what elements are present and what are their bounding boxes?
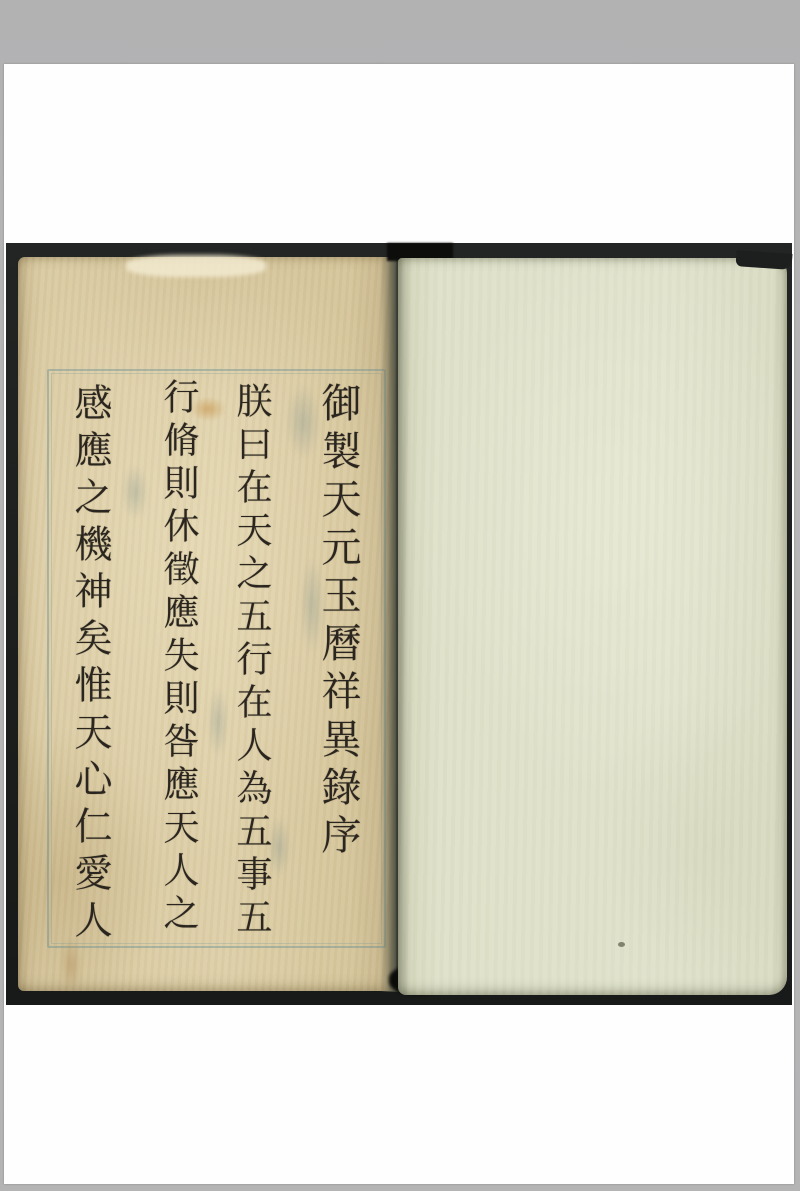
- bleed-through-mark: [286, 385, 320, 459]
- calligraphy-column-3: 行脩則休徵應失則咎應天人之: [161, 378, 197, 937]
- bleed-through-mark: [208, 687, 228, 757]
- calligraphy-column-4: 感應之機神矣惟天心仁愛人: [70, 383, 108, 947]
- scan-viewer: 御製天元玉曆祥異錄序 朕曰在天之五行在人為五事五 行脩則休徵應失則咎應天人之 感…: [0, 0, 800, 1191]
- bleed-through-mark: [122, 465, 148, 519]
- scan-sheet: 御製天元玉曆祥異錄序 朕曰在天之五行在人為五事五 行脩則休徵應失則咎應天人之 感…: [4, 64, 794, 1184]
- paper-repair-patch: [126, 255, 266, 277]
- right-page-blank: [398, 258, 787, 995]
- calligraphy-column-title: 御製天元玉曆祥異錄序: [318, 382, 358, 862]
- left-page: 御製天元玉曆祥異錄序 朕曰在天之五行在人為五事五 行脩則休徵應失則咎應天人之 感…: [18, 257, 396, 991]
- calligraphy-column-2: 朕曰在天之五行在人為五事五: [234, 382, 270, 941]
- paper-texture: [398, 258, 787, 995]
- book-photo: 御製天元玉曆祥異錄序 朕曰在天之五行在人為五事五 行脩則休徵應失則咎應天人之 感…: [6, 243, 792, 1005]
- paper-fleck: [618, 942, 625, 947]
